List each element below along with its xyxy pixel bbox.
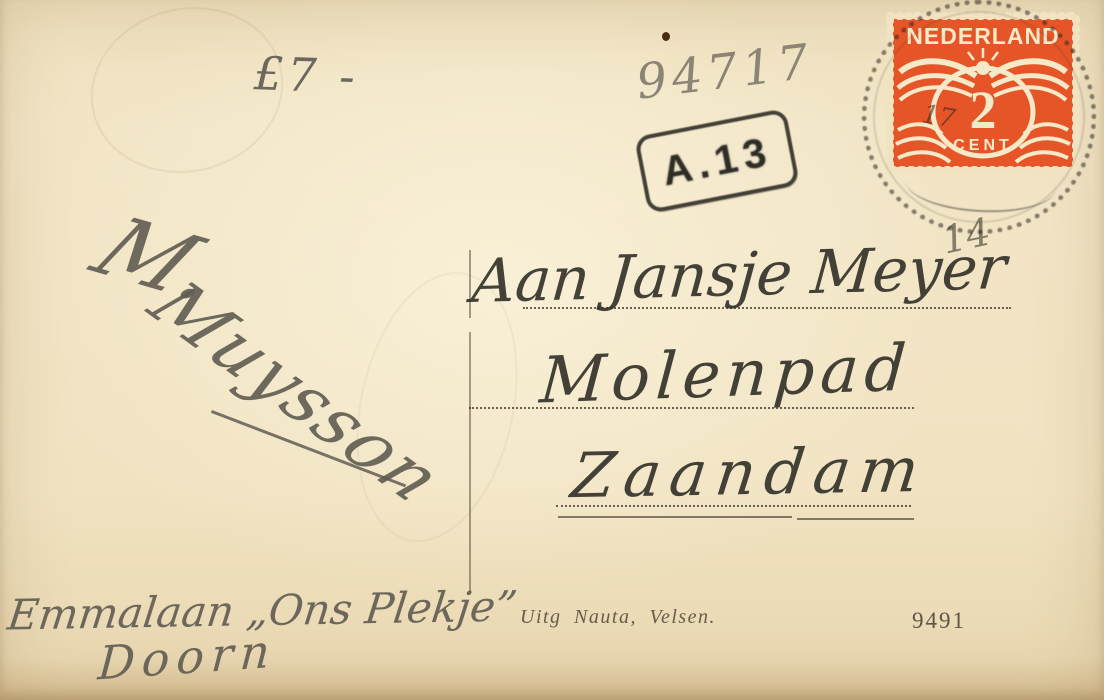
censor-handstamp-label: A.13 [658, 127, 776, 194]
address-line-1: Aan Jansje Meyer [469, 233, 1009, 317]
censor-handstamp-box: A.13 [634, 108, 800, 214]
pinhole-speck [662, 32, 670, 41]
address-underline-a [558, 516, 792, 518]
sender-address-line-2: Doorn [96, 624, 278, 691]
address-underline-b [797, 518, 914, 520]
pencil-price-note: £7 - [253, 46, 360, 104]
postcard-back: £7 - 94717 A.13 NEDERLAND [0, 0, 1104, 700]
divider-line-bottom [469, 332, 471, 592]
card-number: 9491 [912, 608, 966, 634]
address-line-2: Molenpad [538, 331, 915, 418]
publisher-imprint: Uitg Nauta, Velsen. [520, 606, 716, 629]
pencil-inventory-number: 94717 [633, 33, 816, 110]
postmark-date-mark: 17 [920, 99, 958, 134]
address-line-3: Zaandam [568, 433, 932, 512]
